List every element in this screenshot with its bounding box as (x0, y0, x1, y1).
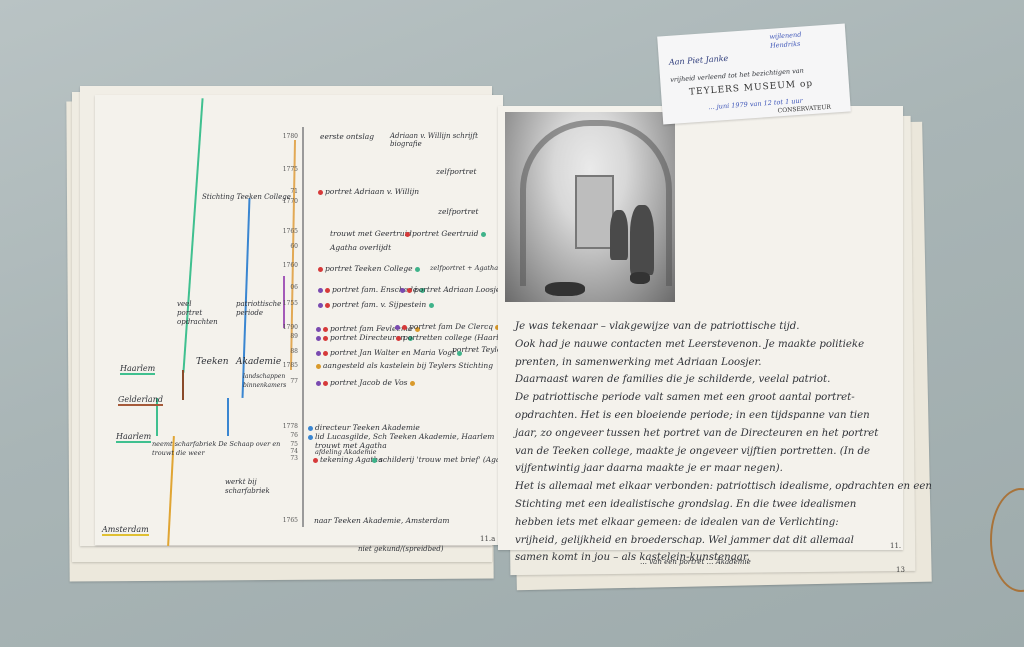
text-line: Je was tekenaar – vlakgewijze van de pat… (515, 318, 895, 336)
green-dot-icon (457, 351, 462, 356)
brown-gelderland-line (182, 370, 184, 400)
label-teeken: Teeken (196, 358, 229, 367)
text-line: vijfentwintig jaar daarna maakte je er m… (515, 460, 895, 478)
timeline-event: Agatha overlijdt (330, 243, 391, 252)
timeline-event: portret Teeken College (318, 264, 422, 273)
text-line: Daarnaast waren de families die je schil… (515, 371, 895, 389)
year-label: 1778 (270, 423, 298, 430)
text-line: jaar, zo ongeveer tussen het portret van… (515, 425, 895, 443)
timeline-event: portret fam De Clercq (395, 322, 502, 331)
timeline-event: zelfportret (436, 167, 477, 176)
purple-dot-icon (318, 303, 323, 308)
red-dot-icon (323, 381, 328, 386)
place-label-haarlem: Haarlem (120, 364, 155, 375)
label-veel-portret: veel portret opdrachten (177, 300, 217, 327)
year-label: 1775 (270, 166, 298, 173)
blue-lower-line (227, 398, 229, 436)
card-line-1: Aan Piet Janke (669, 54, 729, 67)
left-page-timeline (95, 95, 503, 545)
label-landschappen: landschappen binnenkamers (243, 372, 291, 390)
timeline-event: Adriaan v. Willijn schrijft biografie (390, 132, 500, 148)
dog-shape (630, 272, 650, 284)
red-dot-icon (323, 327, 328, 332)
red-dot-icon (405, 232, 410, 237)
page-number: 11.a (480, 535, 495, 543)
timeline-event: portret Adriaan v. Willijn (318, 187, 419, 196)
place-label-haarlem: Haarlem (116, 432, 151, 443)
place-label-gelderland: Gelderland (118, 395, 163, 406)
label-stichting: Stichting Teeken College (202, 193, 291, 202)
green-dot-icon (415, 267, 420, 272)
year-label: 1790 (270, 324, 298, 331)
year-label: 60 (270, 243, 298, 250)
timeline-event: aangesteld als kastelein bij Teylers Sti… (316, 361, 493, 370)
red-dot-icon (323, 336, 328, 341)
text-line: hebben iets met elkaar gemeen: de ideale… (515, 514, 895, 532)
red-dot-icon (325, 288, 330, 293)
purple-dot-icon (316, 381, 321, 386)
text-line: Ook had je nauwe contacten met Leersteve… (515, 336, 895, 354)
year-label: 1760 (270, 262, 298, 269)
year-label: 1765 (270, 517, 298, 524)
red-dot-icon (407, 288, 412, 293)
dog-shape (545, 282, 585, 296)
purple-dot-icon (316, 327, 321, 332)
timeline-event: portret Geertruid (405, 229, 488, 238)
timeline-event: zelfportret (438, 207, 479, 216)
red-dot-icon (402, 325, 407, 330)
text-line: opdrachten. Het is een bloeiende periode… (515, 407, 895, 425)
underpage-number: 13 (896, 566, 905, 574)
timeline-event: portret Jan Walter en Maria Vogt (316, 348, 464, 357)
timeline-event: directeur Teeken Akademie (308, 423, 420, 432)
card-line-1-note: wijlenend Hendriks (769, 29, 830, 51)
card-line-3: TEYLERS MUSEUM op (689, 80, 814, 98)
corridor-door-shape (575, 175, 614, 249)
footer-note: niet gekund/(spreidbed) (358, 545, 444, 554)
label-scharfabriek: neemt scharfabriek De Schaap over en tro… (152, 440, 282, 458)
text-line: van de Teeken college, maakte je ongevee… (515, 443, 895, 461)
timeline-event: portret Adriaan Loosjes (400, 285, 514, 294)
year-label: 76 (270, 432, 298, 439)
purple-dot-icon (316, 336, 321, 341)
text-line: De patriottische periode valt samen met … (515, 389, 895, 407)
handwritten-paragraph: Je was tekenaar – vlakgewijze van de pat… (515, 318, 895, 567)
underpage-footer: … van een portret … Akademie (640, 558, 751, 567)
red-dot-icon (318, 190, 323, 195)
green-dot-icon (429, 303, 434, 308)
timeline-event: portret Jacob de Vos (316, 378, 417, 387)
year-label: 06 (270, 284, 298, 291)
green-dot-icon (481, 232, 486, 237)
timeline-event: trouwt met Geertruid (330, 229, 412, 238)
timeline-event: zelfportret + Agatha (430, 264, 498, 272)
red-dot-icon (325, 303, 330, 308)
purple-dot-icon (400, 288, 405, 293)
timeline-event: lid Lucasgilde, Sch Teeken Akademie, Haa… (308, 432, 494, 441)
year-label: 1765 (270, 228, 298, 235)
text-line: Het is allemaal met elkaar verbonden: pa… (515, 478, 895, 496)
text-line: prenten, in samenwerking met Adriaan Loo… (515, 354, 895, 372)
figure-woman (610, 210, 628, 260)
timeline-axis (302, 127, 304, 527)
purple-dot-icon (318, 288, 323, 293)
red-dot-icon (396, 336, 401, 341)
year-label: 1780 (270, 133, 298, 140)
label-werkt-bij: werkt bij scharfabriek (225, 478, 265, 496)
red-dot-icon (323, 351, 328, 356)
year-label: 89 (270, 333, 298, 340)
coffee-ring-stain (990, 488, 1024, 592)
label-patriottische: patriottische periode (236, 300, 278, 318)
green-dot-icon (372, 458, 377, 463)
blue-dot-icon (308, 426, 313, 431)
red-dot-icon (318, 267, 323, 272)
figure-man (630, 205, 654, 275)
blue-dot-icon (308, 435, 313, 440)
purple-dot-icon (316, 351, 321, 356)
timeline-event: eerste ontslag (320, 132, 374, 141)
page-number: 11. (890, 542, 901, 550)
purple-dot-icon (395, 325, 400, 330)
red-dot-icon (313, 458, 318, 463)
museum-visit-card: Aan Piet Janke wijlenend Hendriks vrijhe… (657, 24, 851, 125)
orange-dot-icon (316, 364, 321, 369)
label-akademie: Akademie (236, 358, 281, 367)
orange-dot-icon (410, 381, 415, 386)
timeline-event: portret fam. v. Sijpestein (318, 300, 436, 309)
text-line: vrijheid, gelijkheid en broederschap. We… (515, 532, 895, 550)
timeline-event: naar Teeken Akademie, Amsterdam (314, 516, 449, 525)
year-label: 88 (270, 348, 298, 355)
text-line: Stichting met een idealistische grondsla… (515, 496, 895, 514)
place-label-amsterdam: Amsterdam (102, 525, 149, 536)
